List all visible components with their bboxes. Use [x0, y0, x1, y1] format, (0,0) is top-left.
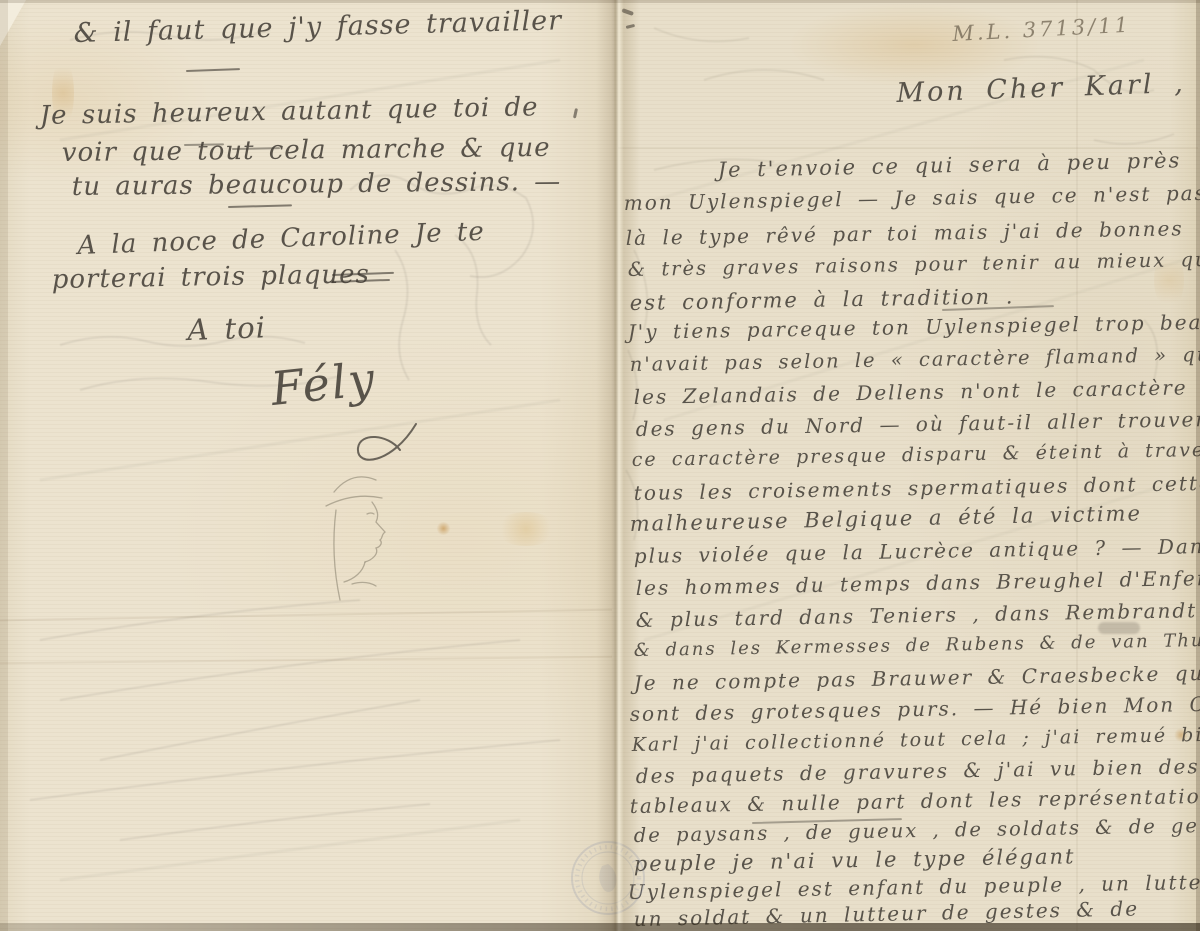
handwritten-line: & il faut que j'y fasse travailler	[73, 5, 562, 49]
pencil-profile-sketch	[322, 452, 414, 602]
handwritten-line: A la noce de Caroline Je te	[77, 217, 485, 261]
pen-mark	[626, 24, 635, 29]
fox-stain	[495, 512, 557, 546]
signature-flourish	[350, 420, 422, 472]
handwritten-line: voir que tout cela marche & que	[62, 133, 551, 168]
closing-line: A toi	[187, 310, 267, 347]
handwritten-line: porterai trois plaques	[51, 259, 370, 295]
page-edge-right	[1196, 0, 1200, 931]
page-edge-left	[0, 0, 8, 931]
paragraph-divider-stroke	[186, 68, 240, 72]
fox-stain	[436, 522, 451, 535]
page-edge-bottom	[0, 923, 1200, 931]
horizontal-crease	[0, 656, 612, 664]
ink-smudge	[1098, 622, 1140, 634]
handwritten-line: tu auras beaucoup de dessins. —	[72, 167, 562, 202]
letter-spread: & il faut que j'y fasse travailler Je su…	[0, 0, 1200, 931]
handwritten-line: Je suis heureux autant que toi de	[39, 92, 538, 131]
signature: Fély	[268, 351, 378, 416]
horizontal-crease	[618, 147, 1198, 149]
collection-stamp	[568, 838, 648, 918]
page-edge-top	[0, 0, 1200, 3]
pen-mark	[573, 108, 578, 118]
horizontal-crease	[0, 609, 612, 622]
paragraph-divider-stroke	[228, 204, 292, 208]
letter-page-left: & il faut que j'y fasse travailler Je su…	[0, 0, 614, 931]
pen-mark	[621, 8, 634, 16]
